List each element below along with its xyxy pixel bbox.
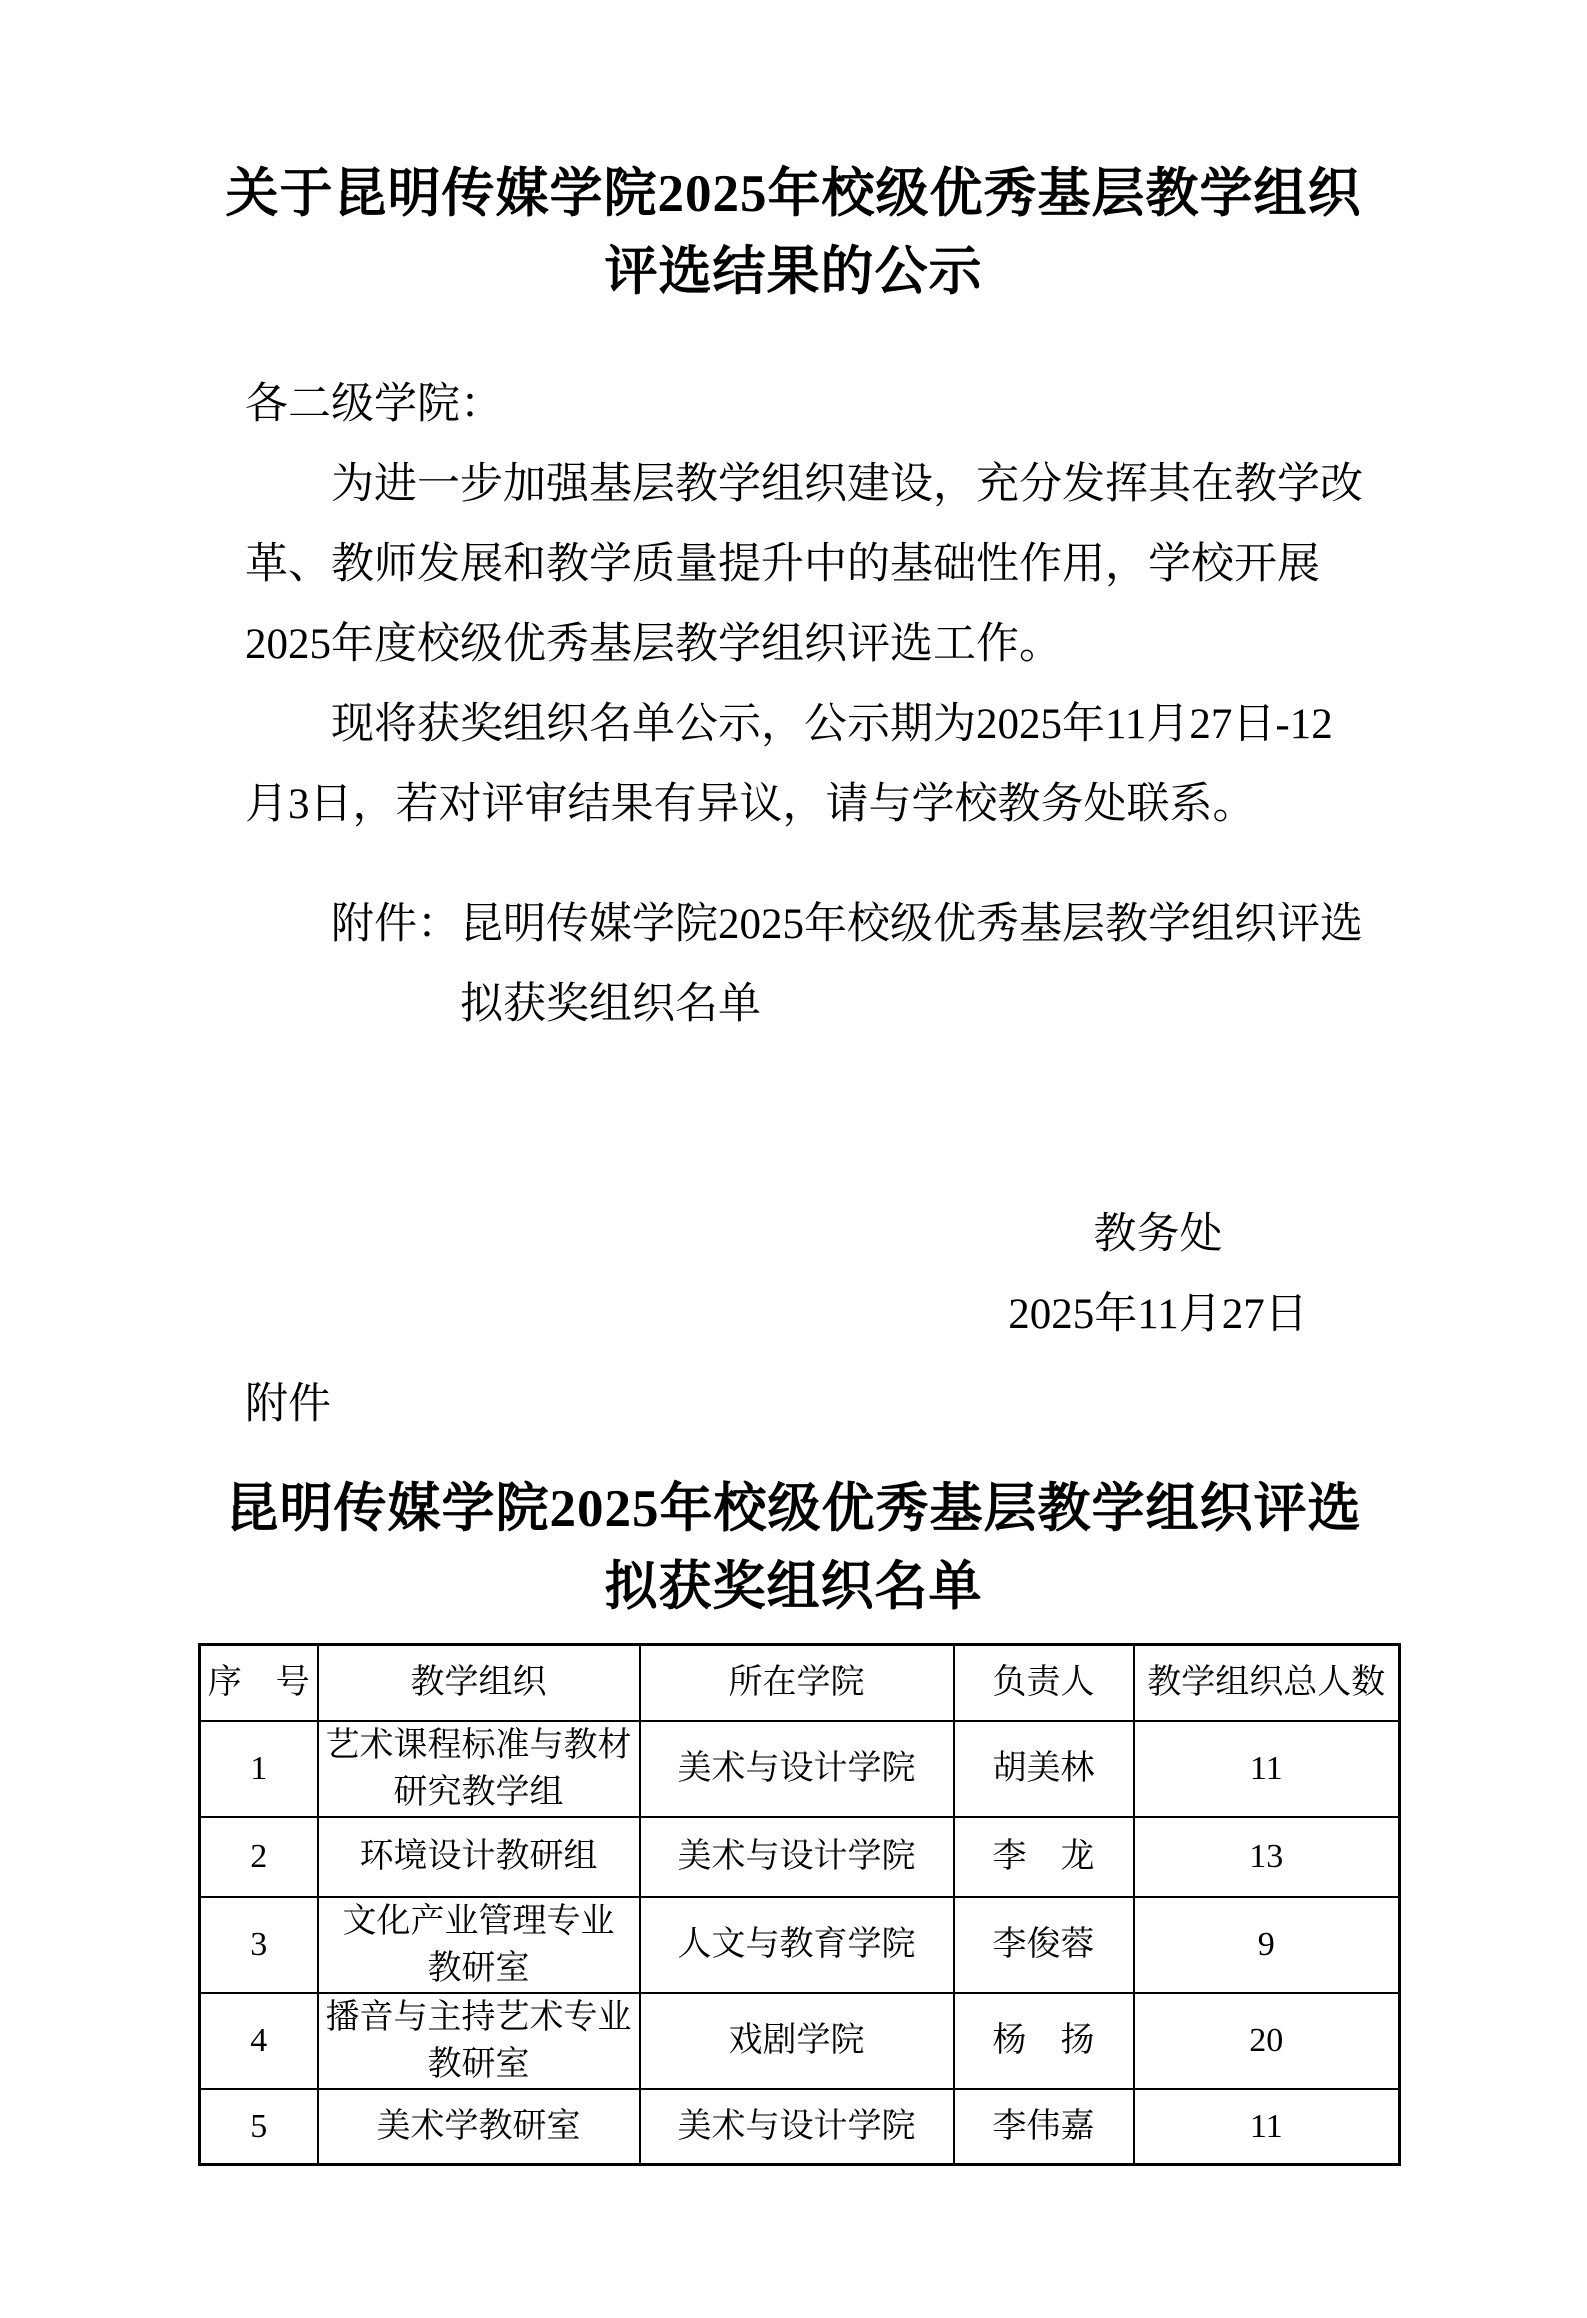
cell-serial-number: 4 bbox=[200, 1993, 318, 2089]
header-teaching-organization: 教学组织 bbox=[318, 1645, 640, 1721]
appendix-label: 附件 bbox=[245, 1365, 1587, 1445]
cell-college: 美术与设计学院 bbox=[640, 1721, 954, 1817]
cell-college: 戏剧学院 bbox=[640, 1993, 954, 2089]
appendix-title-line2: 拟获奖组织名单 bbox=[0, 1548, 1587, 1626]
cell-leader: 胡美林 bbox=[954, 1721, 1134, 1817]
paragraph-2-line2: 月3日，若对评审结果有异议，请与学校教务处联系。 bbox=[245, 765, 1417, 845]
attachment-note: 附件：昆明传媒学院2025年校级优秀基层教学组织评选 拟获奖组织名单 bbox=[245, 885, 1417, 1045]
cell-teaching-organization: 美术学教研室 bbox=[318, 2089, 640, 2165]
header-total-members: 教学组织总人数 bbox=[1134, 1645, 1400, 1721]
document-title: 关于昆明传媒学院2025年校级优秀基层教学组织 评选结果的公示 bbox=[0, 155, 1587, 311]
cell-total-members: 9 bbox=[1134, 1897, 1400, 1993]
attachment-note-line2: 拟获奖组织名单 bbox=[245, 965, 1417, 1045]
table-row: 3 文化产业管理专业 教研室 人文与教育学院 李俊蓉 9 bbox=[200, 1897, 1400, 1993]
table-row: 2 环境设计教研组 美术与设计学院 李 龙 13 bbox=[200, 1817, 1400, 1897]
cell-teaching-organization: 文化产业管理专业 教研室 bbox=[318, 1897, 640, 1993]
cell-total-members: 13 bbox=[1134, 1817, 1400, 1897]
cell-total-members: 20 bbox=[1134, 1993, 1400, 2089]
table-row: 4 播音与主持艺术专业 教研室 戏剧学院 杨 扬 20 bbox=[200, 1993, 1400, 2089]
document-page: 关于昆明传媒学院2025年校级优秀基层教学组织 评选结果的公示 各二级学院： 为… bbox=[0, 0, 1587, 2318]
paragraph-1-line3: 2025年度校级优秀基层教学组织评选工作。 bbox=[245, 605, 1417, 685]
cell-serial-number: 3 bbox=[200, 1897, 318, 1993]
cell-serial-number: 2 bbox=[200, 1817, 318, 1897]
table-row: 1 艺术课程标准与教材 研究教学组 美术与设计学院 胡美林 11 bbox=[200, 1721, 1400, 1817]
header-college: 所在学院 bbox=[640, 1645, 954, 1721]
cell-teaching-organization: 播音与主持艺术专业 教研室 bbox=[318, 1993, 640, 2089]
signature-block: 教务处 2025年11月27日 bbox=[1008, 1195, 1308, 1355]
header-leader: 负责人 bbox=[954, 1645, 1134, 1721]
cell-college: 美术与设计学院 bbox=[640, 2089, 954, 2165]
cell-total-members: 11 bbox=[1134, 2089, 1400, 2165]
cell-serial-number: 5 bbox=[200, 2089, 318, 2165]
salutation: 各二级学院： bbox=[245, 365, 1407, 445]
table-row: 5 美术学教研室 美术与设计学院 李伟嘉 11 bbox=[200, 2089, 1400, 2165]
award-table: 序 号 教学组织 所在学院 负责人 教学组织总人数 1 艺术课程标准与教材 研究… bbox=[198, 1643, 1401, 2166]
cell-leader: 杨 扬 bbox=[954, 1993, 1134, 2089]
signature-department: 教务处 bbox=[1008, 1195, 1308, 1275]
appendix-title-line1: 昆明传媒学院2025年校级优秀基层教学组织评选 bbox=[0, 1470, 1587, 1548]
paragraph-2-line1: 现将获奖组织名单公示，公示期为2025年11月27日-12 bbox=[245, 685, 1417, 765]
cell-college: 美术与设计学院 bbox=[640, 1817, 954, 1897]
table-header-row: 序 号 教学组织 所在学院 负责人 教学组织总人数 bbox=[200, 1645, 1400, 1721]
paragraph-1-line1: 为进一步加强基层教学组织建设，充分发挥其在教学改 bbox=[245, 445, 1417, 525]
header-serial-number: 序 号 bbox=[200, 1645, 318, 1721]
attachment-note-line1: 附件：昆明传媒学院2025年校级优秀基层教学组织评选 bbox=[245, 885, 1417, 965]
cell-teaching-organization: 环境设计教研组 bbox=[318, 1817, 640, 1897]
cell-teaching-organization: 艺术课程标准与教材 研究教学组 bbox=[318, 1721, 640, 1817]
cell-leader: 李俊蓉 bbox=[954, 1897, 1134, 1993]
paragraph-1-line2: 革、教师发展和教学质量提升中的基础性作用，学校开展 bbox=[245, 525, 1417, 605]
document-title-line1: 关于昆明传媒学院2025年校级优秀基层教学组织 bbox=[0, 155, 1587, 233]
appendix-title: 昆明传媒学院2025年校级优秀基层教学组织评选 拟获奖组织名单 bbox=[0, 1470, 1587, 1626]
document-title-line2: 评选结果的公示 bbox=[0, 233, 1587, 311]
cell-serial-number: 1 bbox=[200, 1721, 318, 1817]
cell-college: 人文与教育学院 bbox=[640, 1897, 954, 1993]
paragraph-1: 为进一步加强基层教学组织建设，充分发挥其在教学改 革、教师发展和教学质量提升中的… bbox=[245, 445, 1417, 685]
cell-total-members: 11 bbox=[1134, 1721, 1400, 1817]
paragraph-2: 现将获奖组织名单公示，公示期为2025年11月27日-12 月3日，若对评审结果… bbox=[245, 685, 1417, 845]
cell-leader: 李伟嘉 bbox=[954, 2089, 1134, 2165]
signature-date: 2025年11月27日 bbox=[1008, 1275, 1308, 1355]
cell-leader: 李 龙 bbox=[954, 1817, 1134, 1897]
